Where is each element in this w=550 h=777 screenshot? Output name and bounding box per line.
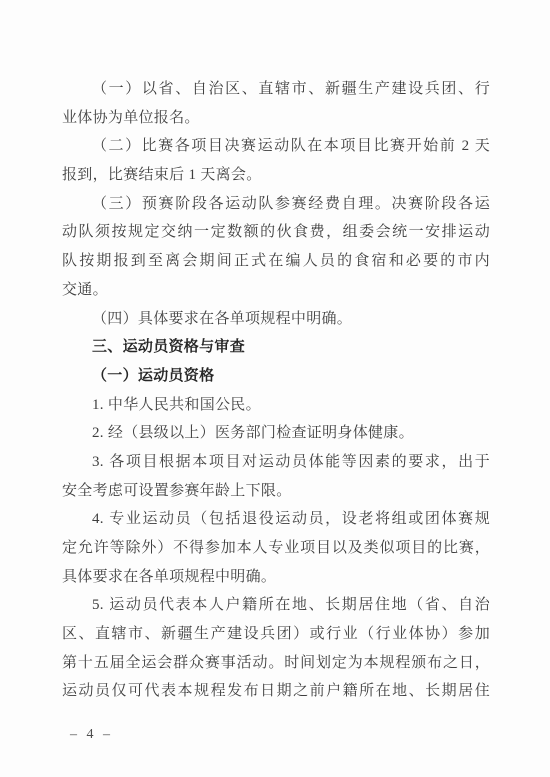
clause-item-1: （一）以省、自治区、直辖市、新疆生产建设兵团、行 业体协为单位报名。 — [62, 75, 490, 132]
text-line: 报到，比赛结束后 1 天离会。 — [62, 161, 490, 190]
text-line: （一）以省、自治区、直辖市、新疆生产建设兵团、行 — [62, 75, 490, 104]
text-line: 2. 经（县级以上）医务部门检查证明身体健康。 — [62, 419, 490, 448]
text-line: 5. 运动员代表本人户籍所在地、长期居住地（省、自治 — [62, 591, 490, 620]
text-line: 动队须按规定交纳一定数额的伙食费，组委会统一安排运动 — [62, 218, 490, 247]
text-line: 运动员仅可代表本规程发布日期之前户籍所在地、长期居住 — [62, 677, 490, 706]
text-line: 交通。 — [62, 276, 490, 305]
section-heading-text: 三、运动员资格与审查 — [62, 333, 490, 362]
subsection-heading-text: （一）运动员资格 — [62, 362, 490, 391]
text-line: 具体要求在各单项规程中明确。 — [62, 563, 490, 592]
text-line: 业体协为单位报名。 — [62, 104, 490, 133]
text-line: （四）具体要求在各单项规程中明确。 — [62, 305, 490, 334]
page-number: – 4 – — [70, 727, 113, 743]
text-line: 3. 各项目根据本项目对运动员体能等因素的要求，出于 — [62, 448, 490, 477]
document-page: （一）以省、自治区、直辖市、新疆生产建设兵团、行 业体协为单位报名。 （二）比赛… — [0, 0, 550, 777]
rule-item-5: 5. 运动员代表本人户籍所在地、长期居住地（省、自治 区、直辖市、新疆生产建设兵… — [62, 591, 490, 706]
text-line: 1. 中华人民共和国公民。 — [62, 391, 490, 420]
text-line: 安全考虑可设置参赛年龄上下限。 — [62, 477, 490, 506]
text-line: （三）预赛阶段各运动队参赛经费自理。决赛阶段各运 — [62, 190, 490, 219]
document-body: （一）以省、自治区、直辖市、新疆生产建设兵团、行 业体协为单位报名。 （二）比赛… — [62, 75, 490, 706]
text-line: 定允许等除外）不得参加本人专业项目以及类似项目的比赛， — [62, 534, 490, 563]
text-line: 队按期报到至离会期间正式在编人员的食宿和必要的市内 — [62, 247, 490, 276]
section-heading: 三、运动员资格与审查 — [62, 333, 490, 362]
rule-item-2: 2. 经（县级以上）医务部门检查证明身体健康。 — [62, 419, 490, 448]
text-line: 第十五届全运会群众赛事活动。时间划定为本规程颁布之日， — [62, 649, 490, 678]
rule-item-3: 3. 各项目根据本项目对运动员体能等因素的要求，出于 安全考虑可设置参赛年龄上下… — [62, 448, 490, 505]
text-line: 4. 专业运动员（包括退役运动员，设老将组或团体赛规 — [62, 505, 490, 534]
clause-item-3: （三）预赛阶段各运动队参赛经费自理。决赛阶段各运 动队须按规定交纳一定数额的伙食… — [62, 190, 490, 305]
text-line: （二）比赛各项目决赛运动队在本项目比赛开始前 2 天 — [62, 132, 490, 161]
text-line: 区、直辖市、新疆生产建设兵团）或行业（行业体协）参加 — [62, 620, 490, 649]
rule-item-1: 1. 中华人民共和国公民。 — [62, 391, 490, 420]
subsection-heading: （一）运动员资格 — [62, 362, 490, 391]
clause-item-4: （四）具体要求在各单项规程中明确。 — [62, 305, 490, 334]
rule-item-4: 4. 专业运动员（包括退役运动员，设老将组或团体赛规 定允许等除外）不得参加本人… — [62, 505, 490, 591]
clause-item-2: （二）比赛各项目决赛运动队在本项目比赛开始前 2 天 报到，比赛结束后 1 天离… — [62, 132, 490, 189]
